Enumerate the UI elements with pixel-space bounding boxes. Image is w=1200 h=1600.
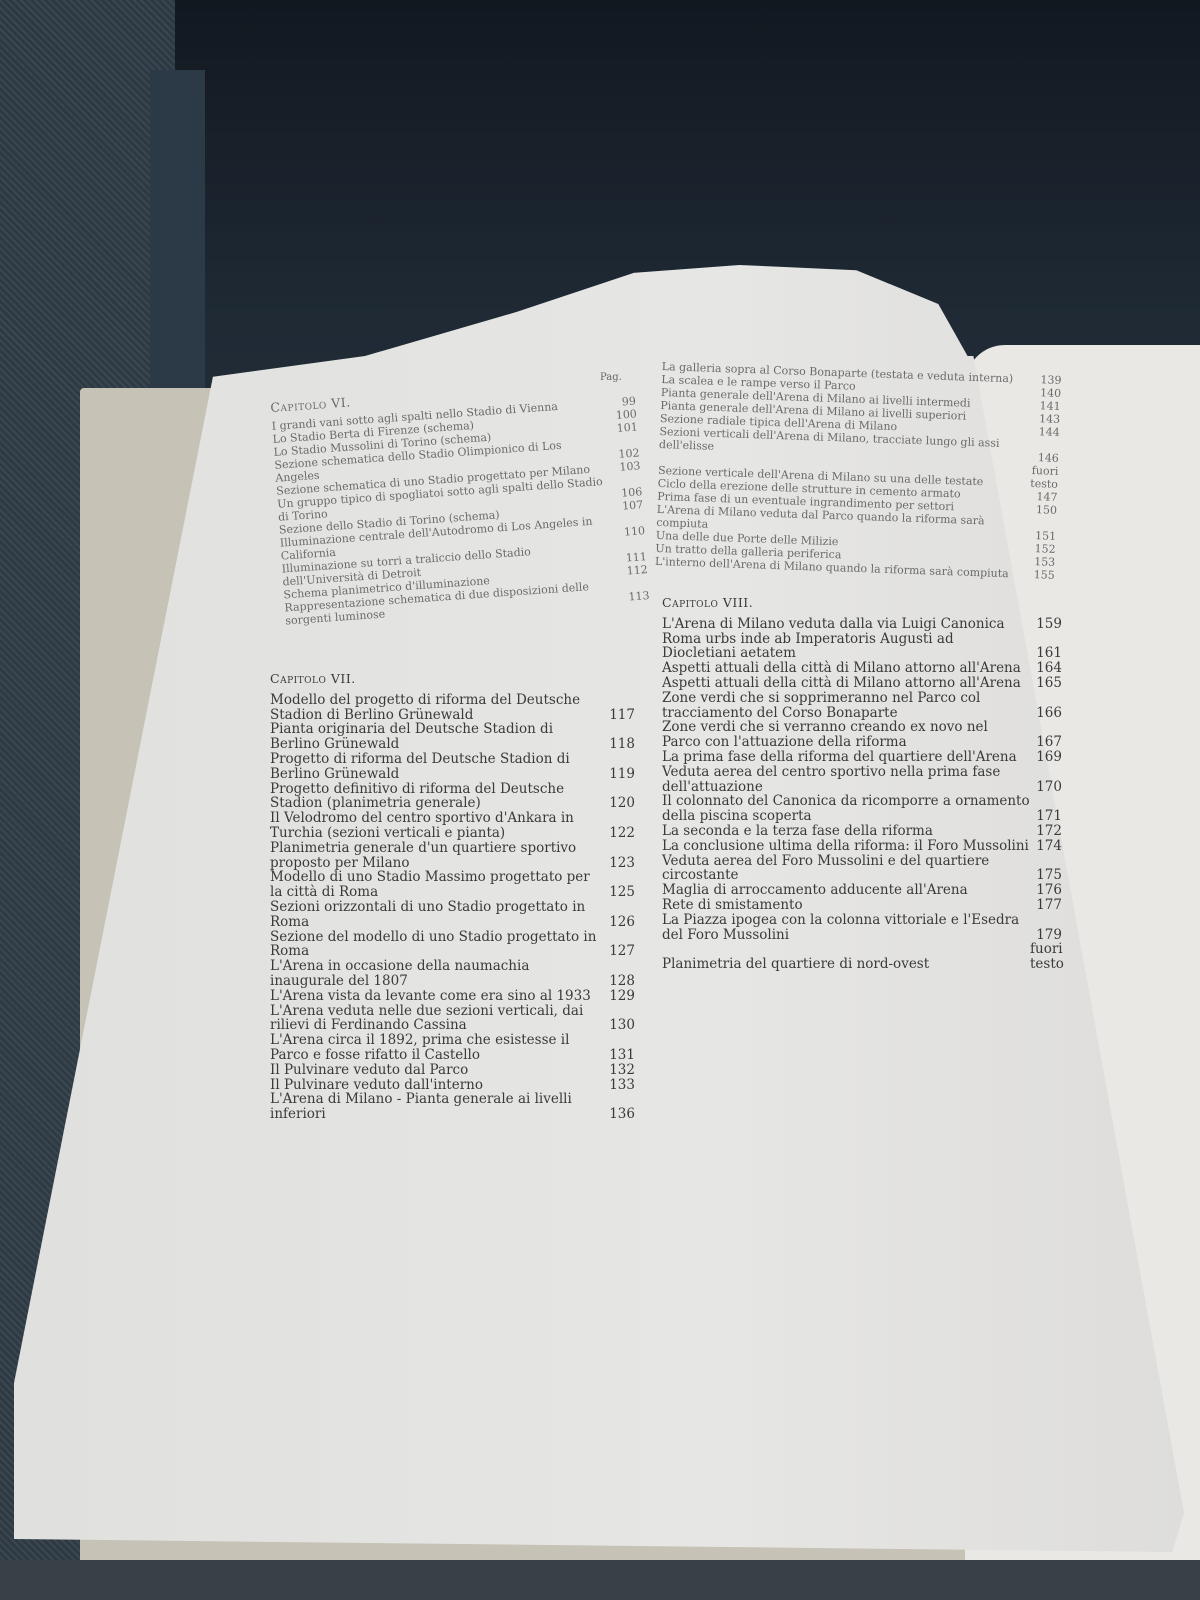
toc-entry: Sezione del modello di uno Stadio proget… [270, 930, 635, 960]
entry-title: Veduta aerea del centro sportivo nella p… [662, 765, 1030, 795]
entry-page-number: 170 [1030, 780, 1062, 795]
entry-title: Zone verdi che si sopprimeranno nel Parc… [662, 691, 1030, 721]
entry-title: La Piazza ipogea con la colonna vittoria… [662, 913, 1030, 943]
entry-title: Rete di smistamento [662, 898, 1030, 913]
book-cover-edge [150, 70, 205, 410]
toc-entry: L'Arena di Milano - Pianta generale ai l… [270, 1092, 635, 1122]
entry-title: Roma urbs inde ab Imperatoris Augusti ad… [662, 632, 1030, 662]
entry-title: L'Arena vista da levante come era sino a… [270, 989, 603, 1004]
entry-page-number: 132 [603, 1063, 635, 1078]
entry-page-number: 126 [603, 915, 635, 930]
toc-entry: Veduta aerea del centro sportivo nella p… [662, 765, 1062, 795]
entry-page-number: 136 [603, 1107, 635, 1122]
entry-title: L'Arena in occasione della naumachia ina… [270, 959, 603, 989]
toc-entry: La conclusione ultima della riforma: il … [662, 839, 1062, 854]
toc-entry: Modello di uno Stadio Massimo progettato… [270, 870, 635, 900]
entry-page-number: 139 [1029, 373, 1061, 387]
entry-title: L'Arena veduta nelle due sezioni vertica… [270, 1004, 603, 1034]
entry-page-number: 123 [603, 856, 635, 871]
entry-page-number: 120 [603, 796, 635, 811]
toc-right-column: La galleria sopra al Corso Bonaparte (te… [662, 360, 1062, 972]
entry-page-number: 165 [1030, 676, 1062, 691]
entry-title: Progetto di riforma del Deutsche Stadion… [270, 752, 603, 782]
toc-entry: Sezioni orizzontali di uno Stadio proget… [270, 900, 635, 930]
entry-page-number: 159 [1030, 617, 1062, 632]
toc-entry: L'Arena circa il 1892, prima che esistes… [270, 1033, 635, 1063]
entry-page-number: 117 [603, 708, 635, 723]
entry-page-number: 164 [1030, 661, 1062, 676]
entry-title: Zone verdi che si verranno creando ex no… [662, 720, 1030, 750]
entry-title: Sezioni orizzontali di uno Stadio proget… [270, 900, 603, 930]
entry-page-number: 110 [613, 524, 646, 539]
chapter-heading: Capitolo VIII. [662, 596, 1062, 611]
entry-title: La seconda e la terza fase della riforma [662, 824, 1030, 839]
toc-entry: Il Pulvinare veduto dall'interno133 [270, 1078, 635, 1093]
toc-entry: La seconda e la terza fase della riforma… [662, 824, 1062, 839]
entry-page-number: 141 [1028, 399, 1060, 413]
entry-title: Il Velodromo del centro sportivo d'Ankar… [270, 811, 603, 841]
toc-entry: Il colonnato del Canonica da ricomporre … [662, 794, 1062, 824]
toc-entry: L'Arena di Milano veduta dalla via Luigi… [662, 617, 1062, 632]
entry-page-number: 153 [1023, 555, 1055, 569]
chapter-viii-block: Capitolo VIII. L'Arena di Milano veduta … [662, 596, 1062, 972]
entry-page-number: 107 [611, 498, 644, 513]
entry-title: L'Arena di Milano - Pianta generale ai l… [270, 1092, 603, 1122]
entry-title: Planimetria del quartiere di nord-ovest [662, 957, 1030, 972]
entry-title: Veduta aerea del Foro Mussolini e del qu… [662, 854, 1030, 884]
entry-page-number: 143 [1028, 412, 1060, 426]
chapter-vi-block: Capitolo VI. I grandi vani sotto agli sp… [270, 376, 650, 628]
toc-entry: Roma urbs inde ab Imperatoris Augusti ad… [662, 632, 1062, 662]
chapter-heading: Capitolo VII. [270, 672, 635, 687]
entry-page-number: 146 [1027, 451, 1059, 465]
continued-entries-block: La galleria sopra al Corso Bonaparte (te… [655, 360, 1062, 582]
entry-page-number: 152 [1023, 542, 1055, 556]
entry-page-number: 171 [1030, 809, 1062, 824]
toc-entry: Maglia di arroccamento adducente all'Are… [662, 883, 1062, 898]
entry-title: L'Arena circa il 1892, prima che esistes… [270, 1033, 603, 1063]
toc-entry: La Piazza ipogea con la colonna vittoria… [662, 913, 1062, 943]
toc-entry: Veduta aerea del Foro Mussolini e del qu… [662, 854, 1062, 884]
entry-title: Planimetria generale d'un quartiere spor… [270, 841, 603, 871]
toc-entry: Planimetria del quartiere di nord-ovestf… [662, 942, 1062, 972]
entry-title: Il Pulvinare veduto dal Parco [270, 1063, 603, 1078]
toc-entry: L'Arena in occasione della naumachia ina… [270, 959, 635, 989]
entry-page-number: 179 [1030, 928, 1062, 943]
toc-entry: Aspetti attuali della città di Milano at… [662, 676, 1062, 691]
entry-page-number: 119 [603, 767, 635, 782]
entry-page-number: 113 [617, 589, 650, 604]
entry-page-number: 161 [1030, 646, 1062, 661]
toc-entry: Rete di smistamento177 [662, 898, 1062, 913]
entry-title: L'Arena di Milano veduta dalla via Luigi… [662, 617, 1030, 632]
entry-page-number: 177 [1030, 898, 1062, 913]
entry-page-number: 127 [603, 944, 635, 959]
entry-page-number: 103 [608, 459, 641, 474]
toc-entry: Zone verdi che si verranno creando ex no… [662, 720, 1062, 750]
entry-page-number: 155 [1023, 568, 1055, 582]
entry-page-number: 172 [1030, 824, 1062, 839]
entry-page-number: 144 [1028, 425, 1060, 439]
entry-page-number: 129 [603, 989, 635, 1004]
entry-page-number: 175 [1030, 868, 1062, 883]
entry-title: Sezione del modello di uno Stadio proget… [270, 930, 603, 960]
entry-page-number: 122 [603, 826, 635, 841]
entry-page-number: 169 [1030, 750, 1062, 765]
entry-page-number: 147 [1025, 490, 1057, 504]
entry-title: Il Pulvinare veduto dall'interno [270, 1078, 603, 1093]
toc-entry: Progetto di riforma del Deutsche Stadion… [270, 752, 635, 782]
entry-title: Pianta originaria del Deutsche Stadion d… [270, 722, 603, 752]
entry-page-number: 150 [1025, 503, 1057, 517]
toc-entry: Il Velodromo del centro sportivo d'Ankar… [270, 811, 635, 841]
entry-page-number: fuori testo [1030, 942, 1062, 972]
table-surface [0, 1560, 1200, 1600]
entry-page-number: 118 [603, 737, 635, 752]
entry-page-number: 130 [603, 1018, 635, 1033]
entry-title: Aspetti attuali della città di Milano at… [662, 676, 1030, 691]
entry-page-number: 133 [603, 1078, 635, 1093]
entry-page-number: 176 [1030, 883, 1062, 898]
toc-entry: La prima fase della riforma del quartier… [662, 750, 1062, 765]
entry-page-number: 131 [603, 1048, 635, 1063]
toc-entry: L'Arena veduta nelle due sezioni vertica… [270, 1004, 635, 1034]
toc-entry: L'Arena vista da levante come era sino a… [270, 989, 635, 1004]
entry-page-number: 128 [603, 974, 635, 989]
entry-title: Modello di uno Stadio Massimo progettato… [270, 870, 603, 900]
toc-entry: Pianta originaria del Deutsche Stadion d… [270, 722, 635, 752]
entry-page-number: 151 [1024, 529, 1056, 543]
toc-entry: Planimetria generale d'un quartiere spor… [270, 841, 635, 871]
toc-entry: Il Pulvinare veduto dal Parco132 [270, 1063, 635, 1078]
entry-page-number: 112 [615, 563, 648, 578]
toc-entry: Aspetti attuali della città di Milano at… [662, 661, 1062, 676]
entry-page-number: 174 [1030, 839, 1062, 854]
entry-title: Progetto definitivo di riforma del Deuts… [270, 782, 603, 812]
toc-entry: Modello del progetto di riforma del Deut… [270, 693, 635, 723]
entry-title: Modello del progetto di riforma del Deut… [270, 693, 603, 723]
toc-entry: Progetto definitivo di riforma del Deuts… [270, 782, 635, 812]
entry-title: Maglia di arroccamento adducente all'Are… [662, 883, 1030, 898]
toc-entry: Zone verdi che si sopprimeranno nel Parc… [662, 691, 1062, 721]
toc-left-column: Capitolo VI. I grandi vani sotto agli sp… [270, 395, 635, 1122]
entry-page-number: 166 [1030, 706, 1062, 721]
entry-title: La conclusione ultima della riforma: il … [662, 839, 1030, 854]
entry-title: Il colonnato del Canonica da ricomporre … [662, 794, 1030, 824]
entry-page-number: 125 [603, 885, 635, 900]
entry-title: Aspetti attuali della città di Milano at… [662, 661, 1030, 676]
entry-page-number: fuori testo [1026, 464, 1059, 491]
chapter-vii-block: Capitolo VII. Modello del progetto di ri… [270, 672, 635, 1122]
entry-page-number: 167 [1030, 735, 1062, 750]
entry-page-number: 101 [605, 420, 638, 435]
entry-page-number: 140 [1029, 386, 1061, 400]
entry-title: La prima fase della riforma del quartier… [662, 750, 1030, 765]
